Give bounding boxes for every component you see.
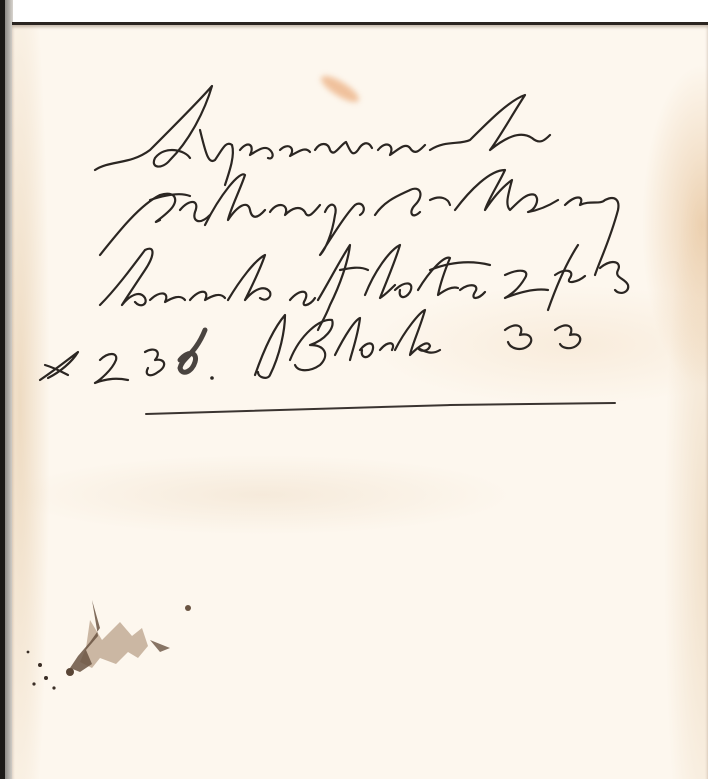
line-exchange-alley bbox=[100, 170, 618, 275]
ink-blot bbox=[20, 580, 200, 700]
underline bbox=[146, 403, 615, 414]
line-back-of-lots bbox=[100, 245, 628, 330]
line-block-33 bbox=[40, 310, 580, 383]
line-agreement bbox=[95, 86, 550, 185]
